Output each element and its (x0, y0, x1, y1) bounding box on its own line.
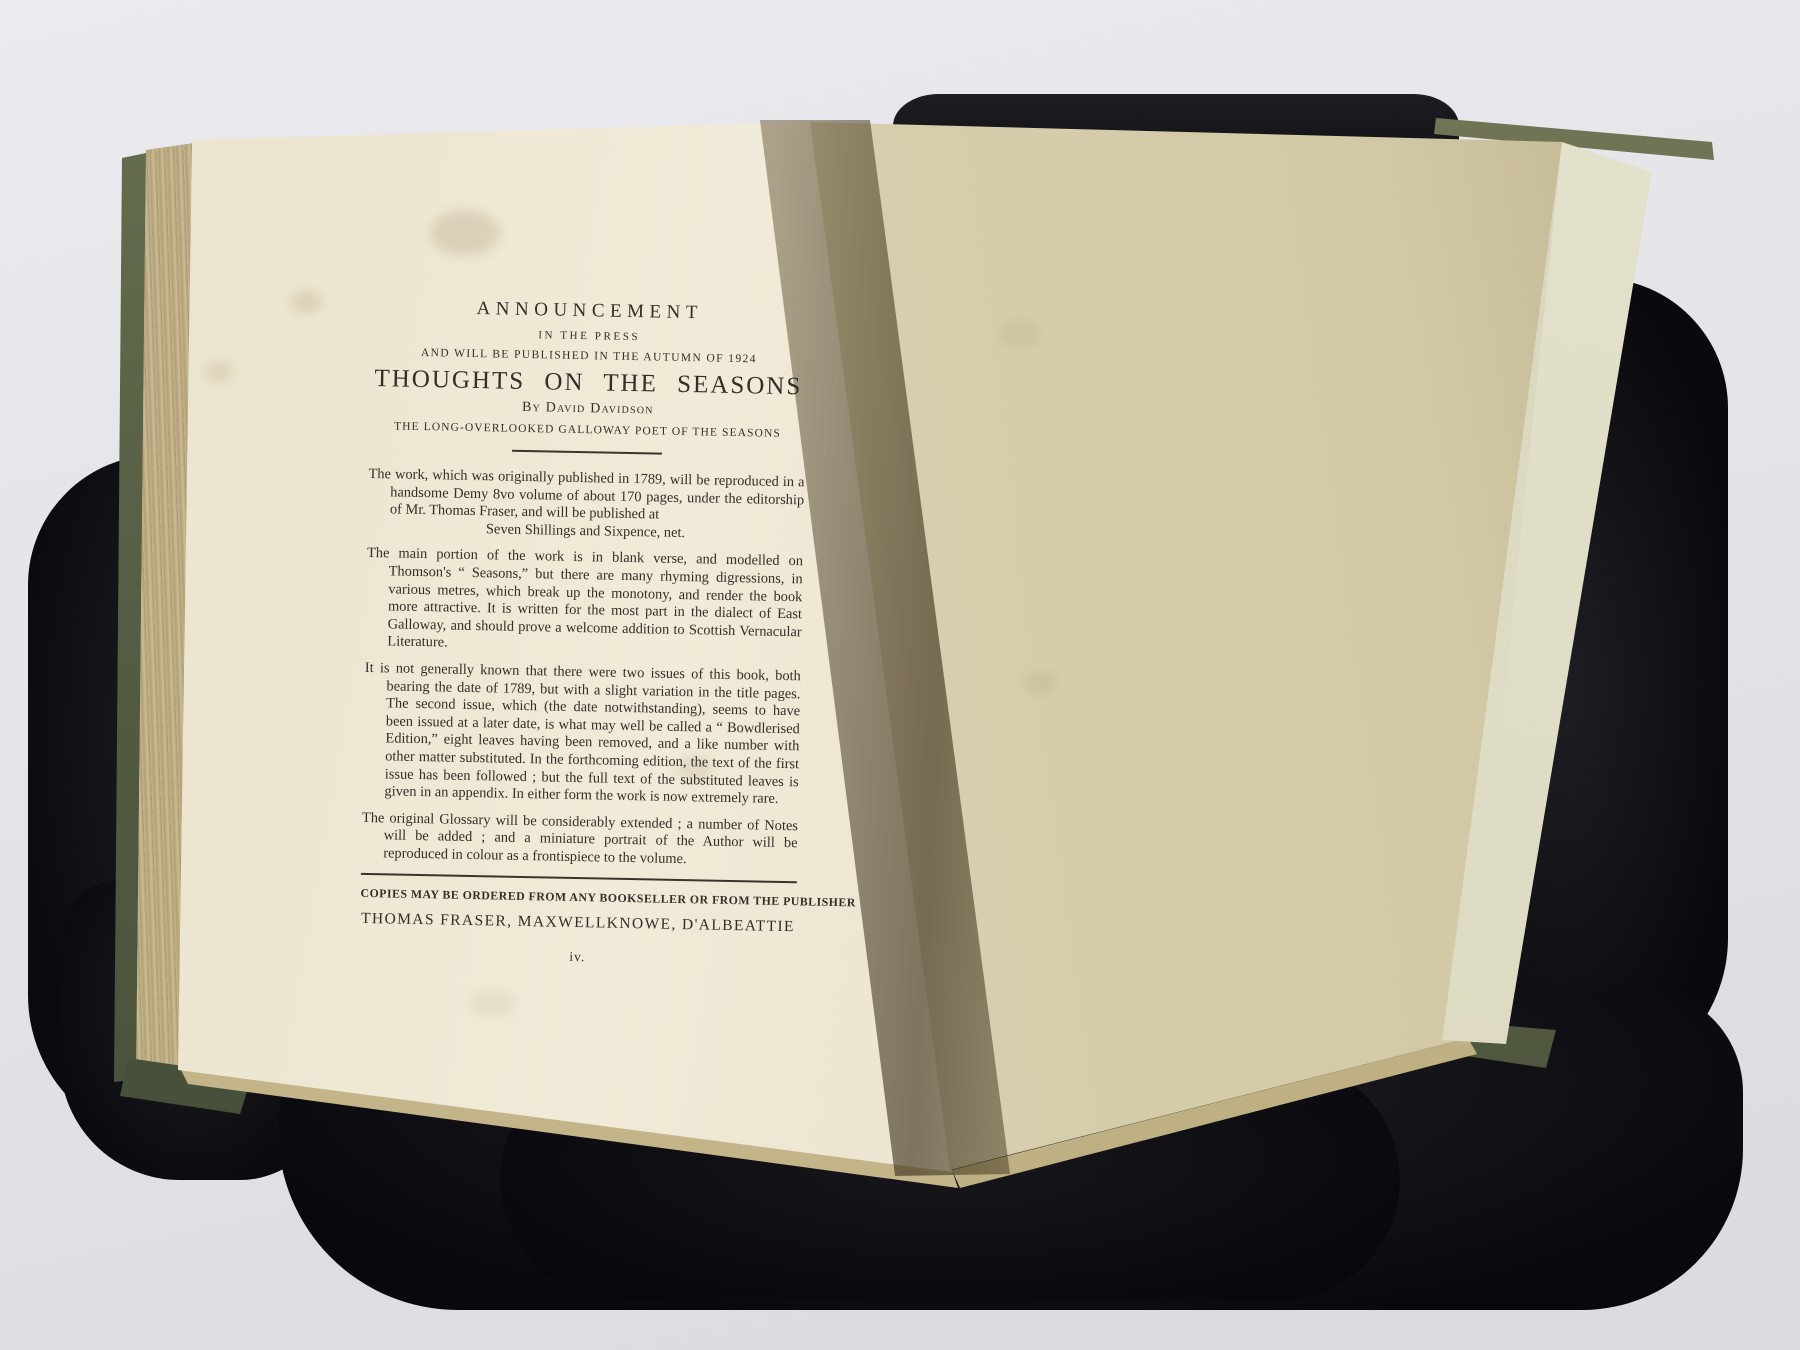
photo-backdrop: ANNOUNCEMENT IN THE PRESS AND WILL BE PU… (0, 0, 1800, 1350)
announcement-page: ANNOUNCEMENT IN THE PRESS AND WILL BE PU… (359, 296, 808, 970)
order-line: COPIES MAY BE ORDERED FROM ANY BOOKSELLE… (360, 886, 796, 909)
book-title: THOUGHTS ON THE SEASONS (370, 365, 806, 401)
paper-stain (1026, 672, 1056, 694)
in-the-press-line: IN THE PRESS (371, 326, 807, 346)
author-subtitle: THE LONG-OVERLOOKED GALLOWAY POET OF THE… (369, 420, 805, 440)
paper-stain (206, 362, 232, 382)
paper-stain (430, 210, 500, 256)
author-byline: By David Davidson (370, 397, 806, 421)
divider-rule (512, 450, 662, 455)
paragraph-work-description: The work, which was originally published… (368, 466, 805, 527)
footer-rule (361, 873, 797, 883)
paper-stain (1000, 320, 1040, 348)
paper-stain (290, 290, 322, 314)
paragraph-main-portion: The main portion of the work is in blank… (365, 545, 803, 659)
publisher-line: THOMAS FRASER, MAXWELLKNOWE, D'ALBEATTIE (360, 910, 796, 936)
paragraph-two-issues: It is not generally known that there wer… (362, 660, 801, 809)
paper-stain (470, 990, 516, 1016)
paragraph-glossary: The original Glossary will be considerab… (361, 810, 798, 871)
publication-date-line: AND WILL BE PUBLISHED IN THE AUTUMN OF 1… (371, 346, 807, 366)
